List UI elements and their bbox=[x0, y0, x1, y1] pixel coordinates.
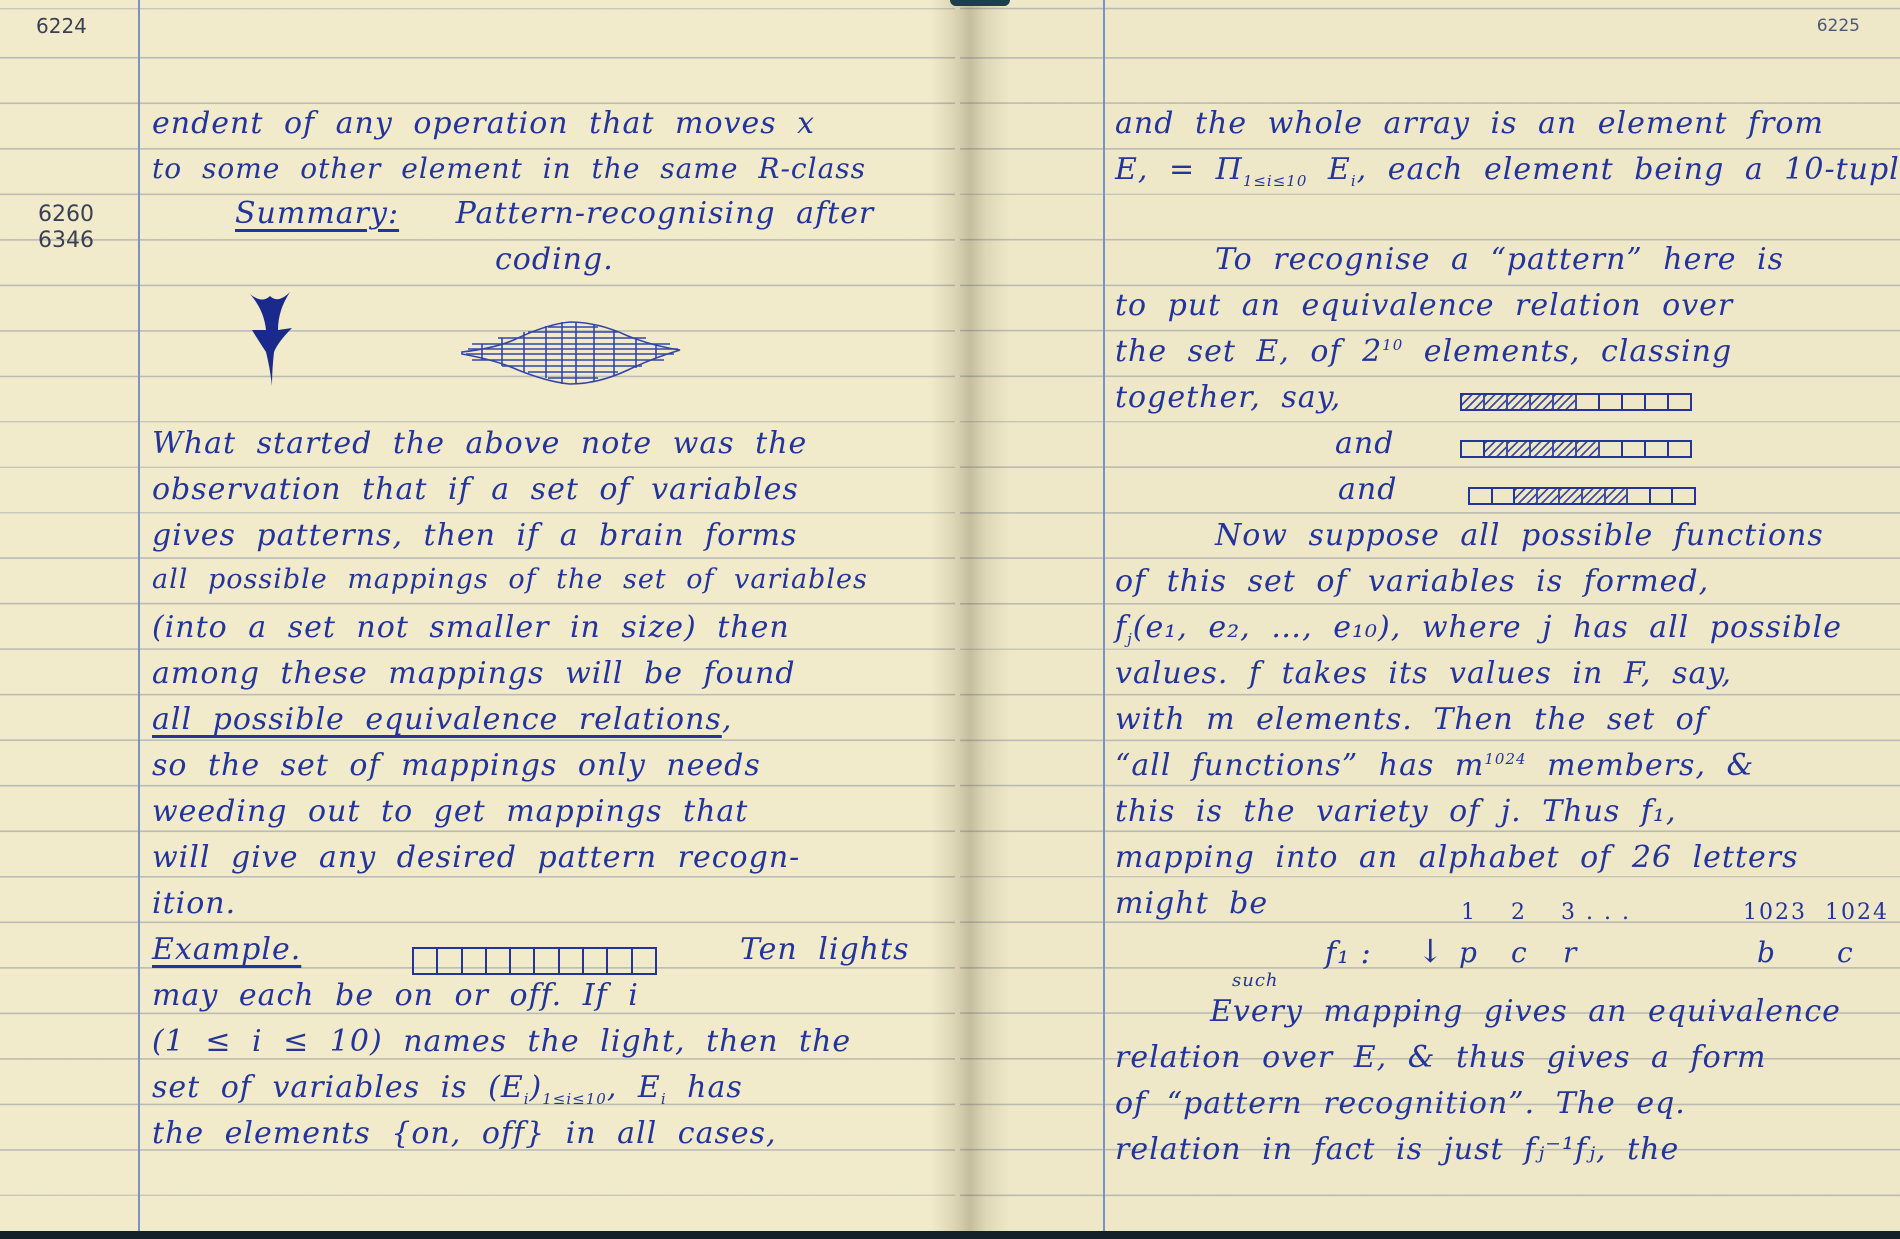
summary-label: Summary: bbox=[235, 196, 399, 231]
text-line: relation in fact is just fⱼ⁻¹fⱼ, the bbox=[1115, 1132, 1679, 1167]
cover-bottom-edge bbox=[0, 1231, 1900, 1239]
text-line: among these mappings will be found bbox=[152, 656, 796, 691]
ten-lights-diagram bbox=[412, 947, 657, 975]
text-line: What started the above note was the bbox=[152, 426, 807, 461]
text-line: To recognise a “pattern” here is bbox=[1215, 242, 1784, 277]
margin-line bbox=[138, 0, 140, 1232]
mapping-diagram: f₁ : ↓ 1 2 3 . . . 1023 1024 p c r b c bbox=[1325, 900, 1885, 980]
text-line: gives patterns, then if a brain forms bbox=[152, 518, 797, 553]
page-number: 6225 bbox=[1817, 16, 1860, 36]
light-cell bbox=[414, 949, 438, 973]
text-line: the elements {on, off} in all cases, bbox=[152, 1116, 777, 1151]
text-line: will give any desired pattern recogn- bbox=[152, 840, 800, 875]
example-line: Example. bbox=[152, 932, 301, 967]
text-line: may each be on or off. If i bbox=[152, 978, 639, 1013]
margin-ref: 6260 bbox=[38, 202, 94, 228]
mapping-value: r bbox=[1563, 936, 1577, 969]
text-line: of this set of variables is formed, bbox=[1115, 564, 1709, 599]
text-line: (into a set not smaller in size) then bbox=[152, 610, 790, 645]
set-line: the set E, of 210 elements, classing bbox=[1115, 334, 1732, 369]
margin-ref: 6346 bbox=[38, 228, 94, 254]
margin-references: 6260 6346 bbox=[38, 202, 94, 254]
hatched-lens-icon bbox=[458, 318, 683, 388]
light-cell bbox=[560, 949, 584, 973]
text-line: ition. bbox=[152, 886, 236, 921]
emphasis-line: all possible equivalence relations, bbox=[152, 702, 732, 737]
light-cell bbox=[438, 949, 462, 973]
mapping-index: 2 bbox=[1511, 900, 1527, 925]
mapping-index: 1024 bbox=[1825, 900, 1889, 925]
text-line: endent of any operation that moves x bbox=[152, 106, 815, 141]
margin-line bbox=[1103, 0, 1105, 1232]
mapping-value: p bbox=[1459, 936, 1478, 969]
and-label: and bbox=[1338, 472, 1397, 507]
text-line: this is the variety of j. Thus f₁, bbox=[1115, 794, 1677, 829]
text-line: with m elements. Then the set of bbox=[1115, 702, 1707, 737]
text-line: Now suppose all possible functions bbox=[1215, 518, 1824, 553]
all-functions-line: “all functions” has m1024 members, & bbox=[1115, 748, 1754, 783]
text-line: so the set of mappings only needs bbox=[152, 748, 761, 783]
mapping-function: f₁ : bbox=[1325, 936, 1372, 971]
mapping-index: 1 bbox=[1461, 900, 1477, 925]
together-label: together, say, bbox=[1115, 380, 1341, 415]
mapping-value: c bbox=[1837, 936, 1854, 969]
summary-line: Summary: Pattern-recognising after bbox=[235, 196, 874, 231]
arrow-glyph-icon bbox=[248, 290, 298, 390]
text-line: weeding out to get mappings that bbox=[152, 794, 748, 829]
down-arrow-icon: ↓ bbox=[1417, 932, 1445, 970]
text-fragment: Ten lights bbox=[740, 932, 909, 967]
light-cell bbox=[463, 949, 487, 973]
cover-edge bbox=[950, 0, 1010, 6]
text-line: to put an equivalence relation over bbox=[1115, 288, 1733, 323]
pattern-bar-3 bbox=[1468, 487, 1696, 505]
text-line: observation that if a set of variables bbox=[152, 472, 799, 507]
example-label: Example. bbox=[152, 932, 301, 967]
insertion-note: such bbox=[1232, 970, 1279, 991]
variables-line: set of variables is (Ei)1≤i≤10, Ei has bbox=[152, 1070, 743, 1108]
text-line: all possible mappings of the set of vari… bbox=[152, 564, 868, 595]
light-cell bbox=[584, 949, 608, 973]
text-line: might be bbox=[1115, 886, 1268, 921]
light-cell bbox=[535, 949, 559, 973]
mapping-value: c bbox=[1511, 936, 1528, 969]
text-line: values. f takes its values in F, say, bbox=[1115, 656, 1732, 691]
left-page: 6224 6260 6346 endent of any operation t… bbox=[0, 0, 955, 1232]
light-cell bbox=[608, 949, 632, 973]
summary-text-continued: coding. bbox=[495, 242, 614, 277]
text-line: Every mapping gives an equivalence bbox=[1210, 994, 1841, 1029]
text-line: (1 ≤ i ≤ 10) names the light, then the bbox=[152, 1024, 851, 1059]
page-number: 6224 bbox=[36, 14, 87, 38]
light-cell bbox=[487, 949, 511, 973]
text-line: and the whole array is an element from bbox=[1115, 106, 1824, 141]
function-line: fj(e₁, e₂, …, e₁₀), where j has all poss… bbox=[1115, 610, 1842, 648]
pattern-bar-2 bbox=[1460, 440, 1692, 458]
and-label: and bbox=[1335, 426, 1394, 461]
light-cell bbox=[633, 949, 655, 973]
mapping-index: 1023 bbox=[1743, 900, 1807, 925]
summary-text: Pattern-recognising after bbox=[456, 196, 875, 231]
text-line: relation over E, & thus gives a form bbox=[1115, 1040, 1766, 1075]
text-line: to some other element in the same R-clas… bbox=[152, 152, 866, 185]
product-line: E, = Π1≤i≤10 Ei, each element being a 10… bbox=[1115, 152, 1900, 190]
notebook-spread: 6224 6260 6346 endent of any operation t… bbox=[0, 0, 1900, 1239]
mapping-index: 3 . . . bbox=[1561, 900, 1631, 925]
pattern-bar-1 bbox=[1460, 393, 1692, 411]
text-line: mapping into an alphabet of 26 letters bbox=[1115, 840, 1799, 875]
mapping-value: b bbox=[1757, 936, 1776, 969]
underlined-phrase: all possible equivalence relations bbox=[152, 702, 722, 737]
light-cell bbox=[511, 949, 535, 973]
text-line: of “pattern recognition”. The eq. bbox=[1115, 1086, 1686, 1121]
